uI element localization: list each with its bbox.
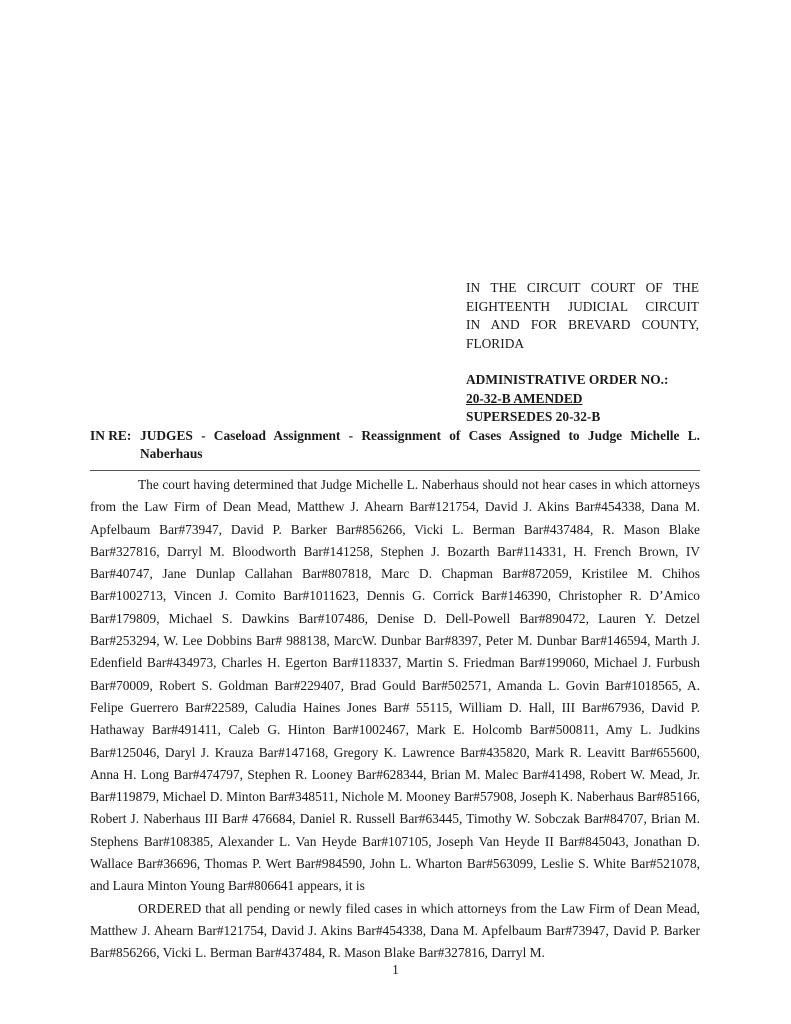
in-re-label: IN RE: <box>90 427 140 445</box>
court-line-4: FLORIDA <box>466 335 699 354</box>
in-re-title: JUDGES - Caseload Assignment - Reassignm… <box>140 427 700 463</box>
spacer <box>466 353 699 371</box>
court-line-1: IN THE CIRCUIT COURT OF THE <box>466 279 699 298</box>
court-line-3: IN AND FOR BREVARD COUNTY, <box>466 316 699 335</box>
supersedes-line: SUPERSEDES 20-32-B <box>466 408 699 427</box>
order-label: ADMINISTRATIVE ORDER NO.: <box>466 371 699 390</box>
paragraph-ordered: ORDERED that all pending or newly filed … <box>90 898 700 965</box>
court-caption: IN THE CIRCUIT COURT OF THE EIGHTEENTH J… <box>466 279 699 427</box>
order-number: 20-32-B AMENDED <box>466 391 582 406</box>
divider <box>90 470 700 471</box>
paragraph-determination: The court having determined that Judge M… <box>90 474 700 898</box>
page-number: 1 <box>0 962 791 978</box>
order-body: The court having determined that Judge M… <box>90 474 700 965</box>
in-re-heading: IN RE: JUDGES - Caseload Assignment - Re… <box>90 427 700 463</box>
court-line-2: EIGHTEENTH JUDICIAL CIRCUIT <box>466 298 699 317</box>
